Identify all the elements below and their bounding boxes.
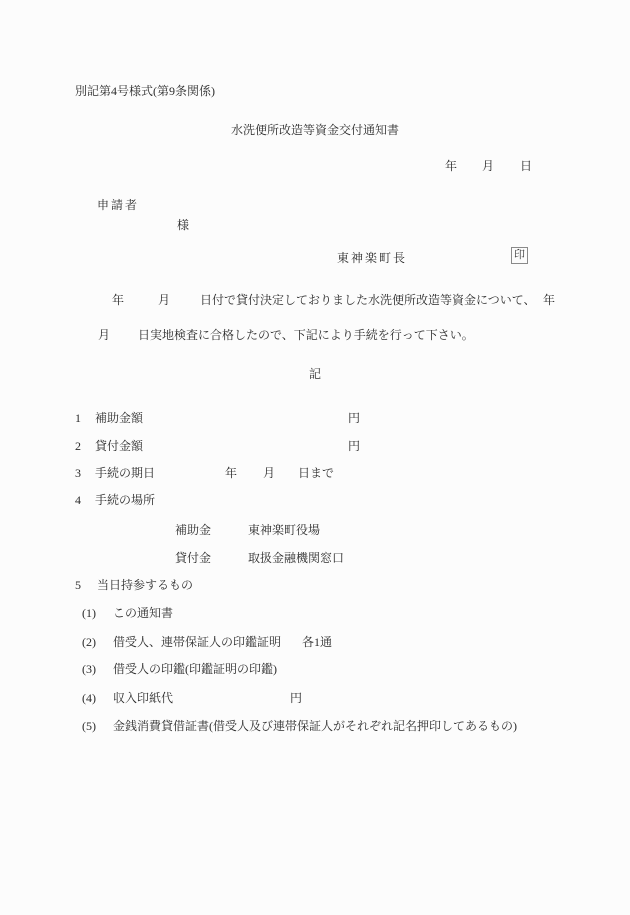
bring-row-registered-seal: (3) 借受人の印鑑(印鑑証明の印鑑) bbox=[0, 661, 630, 677]
deadline-year-label: 年 bbox=[225, 465, 237, 481]
deadline-day-until-label: 日まで bbox=[298, 465, 334, 481]
bring-item-note: 各1通 bbox=[302, 634, 332, 650]
decision-year-label: 年 bbox=[112, 292, 124, 308]
item-number: 5 bbox=[75, 577, 81, 593]
bring-item-number: (2) bbox=[82, 634, 96, 650]
bring-item-text: 金銭消費貸借証書(借受人及び連帯保証人がそれぞれ記名押印してあるもの) bbox=[113, 718, 517, 734]
body-paragraph-line2: 月 日実地検査に合格したので、下記により手続を行って下さい。 bbox=[0, 327, 630, 343]
bring-item-number: (3) bbox=[82, 661, 96, 677]
bring-item-number: (4) bbox=[82, 690, 96, 706]
item-row-loan-amount: 2 貸付金額 円 bbox=[0, 438, 630, 454]
issue-date-day-label: 日 bbox=[520, 158, 532, 174]
body-line1-text: 日付で貸付決定しておりました水洗便所改造等資金について、 bbox=[200, 292, 536, 308]
item-number: 4 bbox=[75, 492, 81, 508]
item-label: 当日持参するもの bbox=[97, 577, 193, 593]
addressee-honorific: 様 bbox=[177, 217, 189, 233]
item-number: 1 bbox=[75, 410, 81, 426]
bring-item-text: 収入印紙代 bbox=[113, 690, 173, 706]
decision-month-label: 月 bbox=[158, 292, 170, 308]
form-reference: 別記第4号様式(第9条関係) bbox=[75, 83, 215, 99]
addressee-label: 申請者 bbox=[97, 197, 139, 213]
bring-item-text: 借受人、連帯保証人の印鑑証明 bbox=[113, 634, 281, 650]
place-kind-label: 補助金 bbox=[175, 522, 211, 538]
issue-date-line: 年 月 日 bbox=[0, 158, 630, 174]
place-row-subsidy: 補助金 東神楽町役場 bbox=[0, 522, 630, 538]
bring-item-number: (1) bbox=[82, 605, 96, 621]
item-label: 手続の場所 bbox=[95, 492, 155, 508]
place-kind-label: 貸付金 bbox=[175, 550, 211, 566]
item-label: 貸付金額 bbox=[95, 438, 143, 454]
seal-mark: 印 bbox=[511, 247, 528, 264]
issue-date-year-label: 年 bbox=[445, 158, 457, 174]
item-number: 2 bbox=[75, 438, 81, 454]
yen-unit-label: 円 bbox=[348, 410, 360, 426]
issuer-name: 東神楽町長 bbox=[337, 250, 407, 266]
bring-row-seal-certificates: (2) 借受人、連帯保証人の印鑑証明 各1通 bbox=[0, 634, 630, 650]
bring-row-loan-certificate: (5) 金銭消費貸借証書(借受人及び連帯保証人がそれぞれ記名押印してあるもの) bbox=[0, 718, 630, 734]
inspection-month-label: 月 bbox=[98, 327, 110, 343]
notice-body-marker: 記 bbox=[0, 366, 630, 382]
item-row-subsidy-amount: 1 補助金額 円 bbox=[0, 410, 630, 426]
item-label: 手続の期日 bbox=[95, 465, 155, 481]
item-row-things-to-bring: 5 当日持参するもの bbox=[0, 577, 630, 593]
place-name: 東神楽町役場 bbox=[248, 522, 320, 538]
bring-item-text: この通知書 bbox=[113, 605, 173, 621]
bring-item-note: 円 bbox=[290, 690, 302, 706]
deadline-month-label: 月 bbox=[263, 465, 275, 481]
item-row-procedure-place: 4 手続の場所 bbox=[0, 492, 630, 508]
item-label: 補助金額 bbox=[95, 410, 143, 426]
page-title: 水洗便所改造等資金交付通知書 bbox=[0, 122, 630, 138]
bring-row-revenue-stamp: (4) 収入印紙代 円 bbox=[0, 690, 630, 706]
bring-item-number: (5) bbox=[82, 718, 96, 734]
document-page: 別記第4号様式(第9条関係) 水洗便所改造等資金交付通知書 年 月 日 申請者 … bbox=[0, 0, 630, 915]
yen-unit-label: 円 bbox=[348, 438, 360, 454]
body-paragraph-line1: 年 月 日付で貸付決定しておりました水洗便所改造等資金について、 年 bbox=[0, 292, 630, 308]
issue-date-month-label: 月 bbox=[482, 158, 494, 174]
place-name: 取扱金融機関窓口 bbox=[248, 550, 344, 566]
inspection-year-label: 年 bbox=[543, 292, 555, 308]
bring-row-notice: (1) この通知書 bbox=[0, 605, 630, 621]
item-number: 3 bbox=[75, 465, 81, 481]
item-row-procedure-deadline: 3 手続の期日 年 月 日まで bbox=[0, 465, 630, 481]
body-line2-text: 日実地検査に合格したので、下記により手続を行って下さい。 bbox=[138, 327, 474, 343]
place-row-loan: 貸付金 取扱金融機関窓口 bbox=[0, 550, 630, 566]
bring-item-text: 借受人の印鑑(印鑑証明の印鑑) bbox=[113, 661, 277, 677]
